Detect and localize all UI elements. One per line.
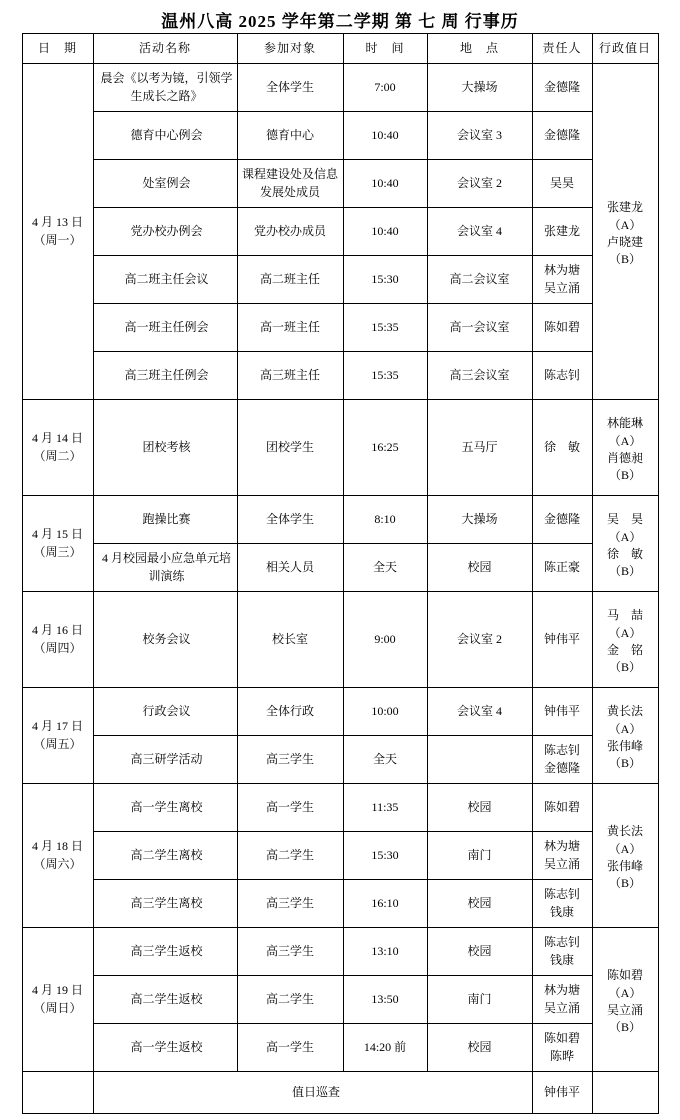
- time-cell: 15:35: [343, 352, 427, 400]
- time-cell: 8:10: [343, 496, 427, 544]
- date-cell: 4 月 18 日 （周六）: [22, 784, 93, 928]
- location-cell: 校园: [427, 880, 532, 928]
- schedule-row: 处室例会课程建设处及信息发展处成员10:40会议室 2吴昊: [22, 160, 658, 208]
- admin-duty-cell: 黄长法 （A） 张伟峰 （B）: [592, 784, 658, 928]
- location-cell: 高一会议室: [427, 304, 532, 352]
- schedule-row: 4 月 15 日 （周三）跑操比赛全体学生8:10大操场金德隆吴 昊 （A） 徐…: [22, 496, 658, 544]
- column-header: 地 点: [427, 34, 532, 64]
- date-cell: 4 月 14 日 （周二）: [22, 400, 93, 496]
- activity-cell: 跑操比赛: [93, 496, 237, 544]
- participants-cell: 党办校办成员: [237, 208, 343, 256]
- schedule-row: 4 月 16 日 （周四）校务会议校长室9:00会议室 2钟伟平马 喆 （A） …: [22, 592, 658, 688]
- schedule-table: 日 期活动名称参加对象时 间地 点责任人行政值日 4 月 13 日 （周一）晨会…: [22, 33, 659, 1114]
- participants-cell: 全体学生: [237, 496, 343, 544]
- schedule-row: 高二学生返校高二学生13:50南门林为塘 吴立涌: [22, 976, 658, 1024]
- time-cell: 15:30: [343, 832, 427, 880]
- location-cell: 南门: [427, 832, 532, 880]
- responsible-cell: 金德隆: [532, 64, 592, 112]
- responsible-cell: 陈如碧: [532, 304, 592, 352]
- schedule-row: 高三班主任例会高三班主任15:35高三会议室陈志钊: [22, 352, 658, 400]
- schedule-row: 高三研学活动高三学生全天陈志钊 金德隆: [22, 736, 658, 784]
- activity-cell: 校务会议: [93, 592, 237, 688]
- participants-cell: 相关人员: [237, 544, 343, 592]
- date-cell: 4 月 13 日 （周一）: [22, 64, 93, 400]
- activity-cell: 高一学生返校: [93, 1024, 237, 1072]
- column-header: 时 间: [343, 34, 427, 64]
- time-cell: 16:25: [343, 400, 427, 496]
- schedule-row: 高二班主任会议高二班主任15:30高二会议室林为塘 吴立涌: [22, 256, 658, 304]
- activity-cell: 4 月校园最小应急单元培训演练: [93, 544, 237, 592]
- activity-cell: 党办校办例会: [93, 208, 237, 256]
- footer-responsible-cell: 钟伟平: [532, 1072, 592, 1114]
- responsible-cell: 钟伟平: [532, 688, 592, 736]
- time-cell: 7:00: [343, 64, 427, 112]
- responsible-cell: 钟伟平: [532, 592, 592, 688]
- location-cell: 校园: [427, 928, 532, 976]
- participants-cell: 高一班主任: [237, 304, 343, 352]
- location-cell: 会议室 2: [427, 160, 532, 208]
- footer-row: 值日巡查钟伟平: [22, 1072, 658, 1114]
- location-cell: 大操场: [427, 496, 532, 544]
- location-cell: 会议室 2: [427, 592, 532, 688]
- schedule-row: 4 月 17 日 （周五）行政会议全体行政10:00会议室 4钟伟平黄长法 （A…: [22, 688, 658, 736]
- footer-activity-cell: 值日巡查: [93, 1072, 532, 1114]
- column-header: 责任人: [532, 34, 592, 64]
- responsible-cell: 金德隆: [532, 112, 592, 160]
- location-cell: [427, 736, 532, 784]
- time-cell: 14:20 前: [343, 1024, 427, 1072]
- location-cell: 高二会议室: [427, 256, 532, 304]
- participants-cell: 高三学生: [237, 880, 343, 928]
- date-cell: 4 月 15 日 （周三）: [22, 496, 93, 592]
- participants-cell: 高三班主任: [237, 352, 343, 400]
- schedule-row: 4 月校园最小应急单元培训演练相关人员全天校园陈正豪: [22, 544, 658, 592]
- participants-cell: 校长室: [237, 592, 343, 688]
- location-cell: 会议室 3: [427, 112, 532, 160]
- responsible-cell: 林为塘 吴立涌: [532, 256, 592, 304]
- time-cell: 13:10: [343, 928, 427, 976]
- location-cell: 会议室 4: [427, 688, 532, 736]
- participants-cell: 高三学生: [237, 928, 343, 976]
- date-cell: 4 月 19 日 （周日）: [22, 928, 93, 1072]
- time-cell: 15:30: [343, 256, 427, 304]
- location-cell: 高三会议室: [427, 352, 532, 400]
- time-cell: 16:10: [343, 880, 427, 928]
- time-cell: 10:40: [343, 112, 427, 160]
- participants-cell: 高二学生: [237, 832, 343, 880]
- schedule-row: 高二学生离校高二学生15:30南门林为塘 吴立涌: [22, 832, 658, 880]
- schedule-row: 4 月 13 日 （周一）晨会《以考为镜，引领学生成长之路》全体学生7:00大操…: [22, 64, 658, 112]
- activity-cell: 高三学生离校: [93, 880, 237, 928]
- responsible-cell: 陈如碧: [532, 784, 592, 832]
- time-cell: 13:50: [343, 976, 427, 1024]
- participants-cell: 高二班主任: [237, 256, 343, 304]
- location-cell: 校园: [427, 1024, 532, 1072]
- participants-cell: 高一学生: [237, 1024, 343, 1072]
- participants-cell: 高二学生: [237, 976, 343, 1024]
- participants-cell: 高三学生: [237, 736, 343, 784]
- schedule-row: 高一班主任例会高一班主任15:35高一会议室陈如碧: [22, 304, 658, 352]
- responsible-cell: 吴昊: [532, 160, 592, 208]
- location-cell: 大操场: [427, 64, 532, 112]
- responsible-cell: 陈志钊 金德隆: [532, 736, 592, 784]
- column-header: 参加对象: [237, 34, 343, 64]
- responsible-cell: 陈志钊 钱康: [532, 880, 592, 928]
- participants-cell: 课程建设处及信息发展处成员: [237, 160, 343, 208]
- responsible-cell: 张建龙: [532, 208, 592, 256]
- participants-cell: 德育中心: [237, 112, 343, 160]
- activity-cell: 高一班主任例会: [93, 304, 237, 352]
- column-header: 行政值日: [592, 34, 658, 64]
- time-cell: 15:35: [343, 304, 427, 352]
- participants-cell: 团校学生: [237, 400, 343, 496]
- responsible-cell: 金德隆: [532, 496, 592, 544]
- footer-date-cell-empty: [22, 1072, 93, 1114]
- responsible-cell: 徐 敏: [532, 400, 592, 496]
- page-title: 温州八高 2025 学年第二学期 第 七 周 行事历: [0, 0, 680, 33]
- schedule-row: 高三学生离校高三学生16:10校园陈志钊 钱康: [22, 880, 658, 928]
- participants-cell: 高一学生: [237, 784, 343, 832]
- schedule-row: 4 月 19 日 （周日）高三学生返校高三学生13:10校园陈志钊 钱康陈如碧 …: [22, 928, 658, 976]
- responsible-cell: 陈如碧 陈晔: [532, 1024, 592, 1072]
- time-cell: 9:00: [343, 592, 427, 688]
- admin-duty-cell: 吴 昊 （A） 徐 敏 （B）: [592, 496, 658, 592]
- activity-cell: 高二学生返校: [93, 976, 237, 1024]
- time-cell: 全天: [343, 736, 427, 784]
- activity-cell: 高二学生离校: [93, 832, 237, 880]
- responsible-cell: 陈志钊: [532, 352, 592, 400]
- time-cell: 10:40: [343, 160, 427, 208]
- activity-cell: 高一学生离校: [93, 784, 237, 832]
- responsible-cell: 林为塘 吴立涌: [532, 832, 592, 880]
- weekly-schedule-page: 温州八高 2025 学年第二学期 第 七 周 行事历 日 期活动名称参加对象时 …: [0, 0, 680, 1120]
- activity-cell: 高二班主任会议: [93, 256, 237, 304]
- schedule-row: 党办校办例会党办校办成员10:40会议室 4张建龙: [22, 208, 658, 256]
- activity-cell: 晨会《以考为镜，引领学生成长之路》: [93, 64, 237, 112]
- admin-duty-cell: 陈如碧 （A） 吴立涌 （B）: [592, 928, 658, 1072]
- footer-duty-cell-empty: [592, 1072, 658, 1114]
- schedule-row: 4 月 14 日 （周二）团校考核团校学生16:25五马厅徐 敏林能琳 （A） …: [22, 400, 658, 496]
- schedule-row: 高一学生返校高一学生14:20 前校园陈如碧 陈晔: [22, 1024, 658, 1072]
- header-row: 日 期活动名称参加对象时 间地 点责任人行政值日: [22, 34, 658, 64]
- participants-cell: 全体学生: [237, 64, 343, 112]
- schedule-row: 4 月 18 日 （周六）高一学生离校高一学生11:35校园陈如碧黄长法 （A）…: [22, 784, 658, 832]
- column-header: 活动名称: [93, 34, 237, 64]
- responsible-cell: 陈志钊 钱康: [532, 928, 592, 976]
- location-cell: 五马厅: [427, 400, 532, 496]
- admin-duty-cell: 黄长法 （A） 张伟峰 （B）: [592, 688, 658, 784]
- responsible-cell: 陈正豪: [532, 544, 592, 592]
- location-cell: 会议室 4: [427, 208, 532, 256]
- activity-cell: 高三学生返校: [93, 928, 237, 976]
- activity-cell: 德育中心例会: [93, 112, 237, 160]
- time-cell: 10:40: [343, 208, 427, 256]
- activity-cell: 高三班主任例会: [93, 352, 237, 400]
- activity-cell: 高三研学活动: [93, 736, 237, 784]
- admin-duty-cell: 张建龙 （A） 卢晓建 （B）: [592, 64, 658, 400]
- location-cell: 南门: [427, 976, 532, 1024]
- time-cell: 11:35: [343, 784, 427, 832]
- activity-cell: 团校考核: [93, 400, 237, 496]
- schedule-row: 德育中心例会德育中心10:40会议室 3金德隆: [22, 112, 658, 160]
- column-header: 日 期: [22, 34, 93, 64]
- location-cell: 校园: [427, 784, 532, 832]
- date-cell: 4 月 16 日 （周四）: [22, 592, 93, 688]
- time-cell: 10:00: [343, 688, 427, 736]
- location-cell: 校园: [427, 544, 532, 592]
- participants-cell: 全体行政: [237, 688, 343, 736]
- time-cell: 全天: [343, 544, 427, 592]
- admin-duty-cell: 林能琳 （A） 肖德昶 （B）: [592, 400, 658, 496]
- activity-cell: 行政会议: [93, 688, 237, 736]
- activity-cell: 处室例会: [93, 160, 237, 208]
- date-cell: 4 月 17 日 （周五）: [22, 688, 93, 784]
- responsible-cell: 林为塘 吴立涌: [532, 976, 592, 1024]
- admin-duty-cell: 马 喆 （A） 金 铭 （B）: [592, 592, 658, 688]
